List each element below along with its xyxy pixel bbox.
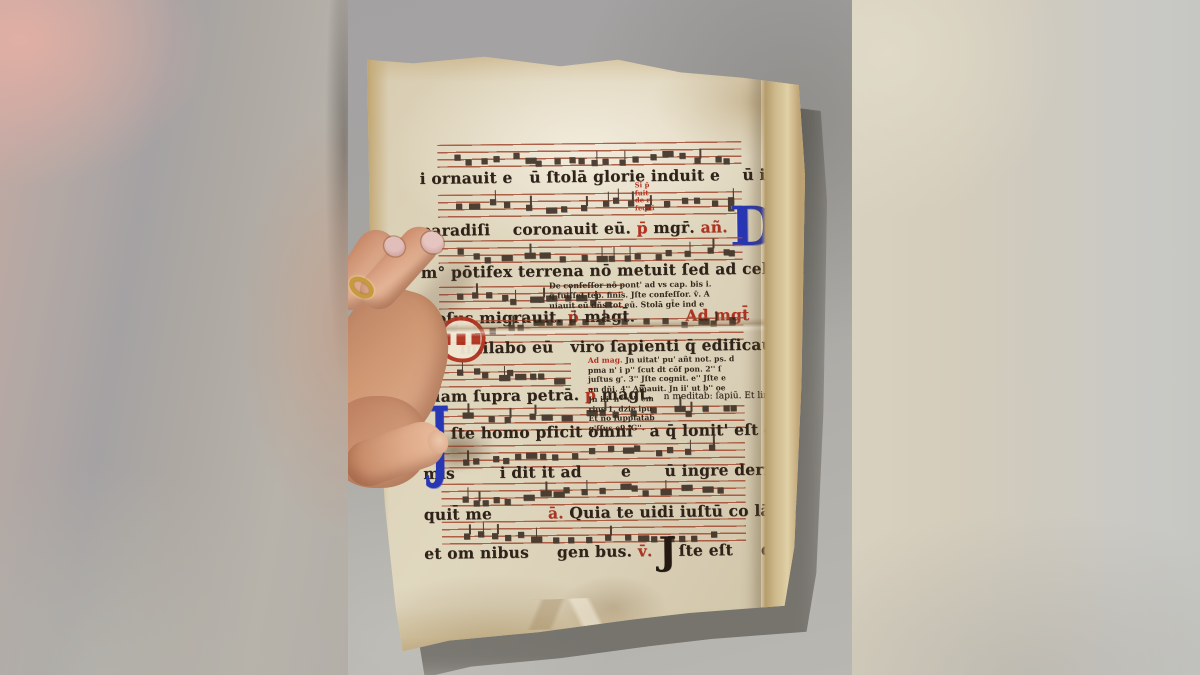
neume-note [538, 296, 544, 302]
chant-text-line: paradiſi coronauit eū. p̄ mgr̄. añ.D ū e… [420, 213, 748, 237]
stave-row: m° pōtifex terrena nō metuit ſed ad cele… [415, 133, 747, 137]
neume-note [457, 369, 463, 375]
neume-note [682, 485, 693, 491]
neume-note [492, 533, 498, 539]
neume-note [464, 533, 470, 539]
neume-note [502, 295, 508, 301]
neume-note [501, 255, 512, 261]
rubric-block-b-lead: Ad mag. [588, 355, 626, 364]
neume-note [608, 446, 614, 452]
neume-note [493, 456, 499, 462]
neume-note [631, 485, 637, 491]
neume-note [482, 372, 488, 378]
neume-note [625, 534, 631, 540]
neume-note [463, 412, 474, 418]
neume-note [504, 202, 510, 208]
neume-note [591, 160, 597, 166]
neume-note [493, 497, 499, 503]
stave-row: ſuam ſupra petrā. p̄ magt̄. n meditab: ſ… [415, 133, 747, 137]
chant-text-segment: p̄ [637, 218, 654, 238]
neume-note [478, 531, 484, 537]
stave-row: imilabo eū viro ſapienti q̄ edificauit d… [415, 133, 747, 137]
red-rubric-beside-initial-d: Si p̄ fuit de r. ſequī [635, 182, 667, 213]
neume-note [620, 483, 631, 489]
neume-note [623, 447, 634, 453]
rubric-block-b-body: Jn uitat' pu' añt not. ps. d pma n' i p'… [588, 354, 734, 433]
neume-note [518, 532, 524, 538]
neume-note [540, 453, 546, 459]
neume-note [695, 158, 701, 164]
chant-text-segment: et om nibus gen bus. [424, 541, 638, 564]
chant-text-segment: mgr̄. [653, 218, 700, 239]
neume-note [564, 487, 570, 493]
stave-row: paradiſi coronauit eū. p̄ mgr̄. añ.D ū e… [415, 133, 747, 137]
neume-note [552, 454, 558, 460]
neume-note [635, 253, 641, 259]
neume-note [578, 158, 584, 164]
neume-note [561, 206, 567, 212]
neume-note [711, 531, 717, 537]
neume-note [481, 158, 487, 164]
neume-note [540, 252, 551, 258]
chant-text-line: i ornauit e ū ſtolā glorie induit e ū i … [420, 165, 748, 189]
chant-text-line: et om nibus gen bus. v̄.Jſte eſt qui o [424, 540, 752, 564]
neume-note [463, 496, 469, 502]
stave-row: ſte homo pficit omni a q̄ lonit' eſt e i… [415, 133, 747, 137]
neume-note [554, 378, 565, 384]
chant-text-segment: v̄. [638, 541, 653, 561]
neume-note [715, 156, 721, 162]
stave-row: mis i dit it ad e ū ingre derr in [415, 133, 747, 137]
neume-note [493, 156, 499, 162]
neume-note [619, 159, 625, 165]
neume-note [685, 449, 691, 455]
neume-note [708, 444, 714, 450]
neume-note [589, 448, 595, 454]
neume-note [526, 205, 532, 211]
neume-note [628, 200, 634, 206]
neume-note [473, 253, 479, 259]
neume-note [667, 447, 673, 453]
neume-note [603, 201, 609, 207]
neume-note [510, 299, 516, 305]
neume-note [600, 488, 606, 494]
neume-note [536, 161, 542, 167]
neume-note [685, 251, 691, 257]
neume-note [526, 453, 537, 459]
neume-note [718, 487, 724, 493]
neume-note [569, 157, 575, 163]
photograph: i ornauit e ū ſtolā glorie induit e ū i … [348, 0, 852, 675]
neume-note [694, 198, 700, 204]
neume-note [634, 445, 640, 451]
neume-note [680, 153, 686, 159]
neume-note [682, 198, 688, 204]
rubric-block-a: De confeſſor nō pont' ad vs cap. bis i. … [549, 279, 749, 311]
neume-note [660, 489, 671, 495]
neume-note [507, 370, 513, 376]
neume-note [702, 486, 713, 492]
neume-note [581, 489, 587, 495]
neume-note [454, 154, 460, 160]
chant-text-segment: paradiſi coronauit eū. [420, 218, 637, 241]
neume-note [711, 200, 717, 206]
stave-row: rioſus migrauit. p̄ magt̄.Ad mgt̄ [415, 133, 747, 137]
stave-row: i ornauit e ū ſtolā glorie induit e ū i … [415, 133, 747, 137]
neume-note [542, 414, 553, 420]
neume-note [515, 454, 521, 460]
neume-note [708, 247, 714, 253]
neume-note [663, 151, 674, 157]
blurred-right-pillarbox [852, 0, 1200, 675]
thumb-shadow [444, 436, 490, 462]
neume-note [605, 535, 611, 541]
neume-note [490, 199, 496, 205]
chant-text-segment: añ. [700, 217, 728, 237]
neume-note [541, 490, 552, 496]
neume-note [486, 292, 492, 298]
manuscript-written-area: i ornauit e ū ſtolā glorie induit e ū i … [415, 133, 753, 607]
neume-note [472, 292, 478, 298]
neume-note [513, 153, 519, 159]
neume-note [650, 154, 656, 160]
neume-note [632, 156, 638, 162]
neume-note [530, 374, 536, 380]
neume-note [554, 158, 560, 164]
neume-note [465, 159, 471, 165]
stave-row: quit̄ me ā. Quia te uidi iuſtū co lā nit… [415, 133, 747, 137]
photo-stage: i ornauit e ū ſtolā glorie induit e ū i … [0, 0, 1200, 675]
blurred-left-pillarbox [0, 0, 348, 675]
neume-note [525, 253, 536, 259]
neume-note [488, 416, 494, 422]
neume-note [613, 198, 619, 204]
neume-note [729, 250, 735, 256]
neume-note [530, 414, 536, 420]
neume-note [524, 495, 535, 501]
stave-row: et om nibus gen bus. v̄.Jſte eſt qui o [415, 133, 747, 137]
neume-note [581, 205, 587, 211]
neume-note [505, 535, 511, 541]
neume-note [546, 207, 557, 213]
neume-note [456, 203, 462, 209]
neume-note [562, 415, 573, 421]
neume-note [602, 159, 608, 165]
rubric-block-b: Ad mag. Jn uitat' pu' añt not. ps. d pma… [588, 354, 753, 434]
neume-note [643, 490, 649, 496]
neume-note [474, 368, 480, 374]
neume-note [458, 248, 464, 254]
neume-note [515, 374, 526, 380]
neume-note [723, 158, 729, 164]
neume-note [656, 450, 662, 456]
neume-note [572, 453, 578, 459]
neume-note [538, 373, 544, 379]
neume-note [469, 203, 480, 209]
neume-note [665, 250, 671, 256]
